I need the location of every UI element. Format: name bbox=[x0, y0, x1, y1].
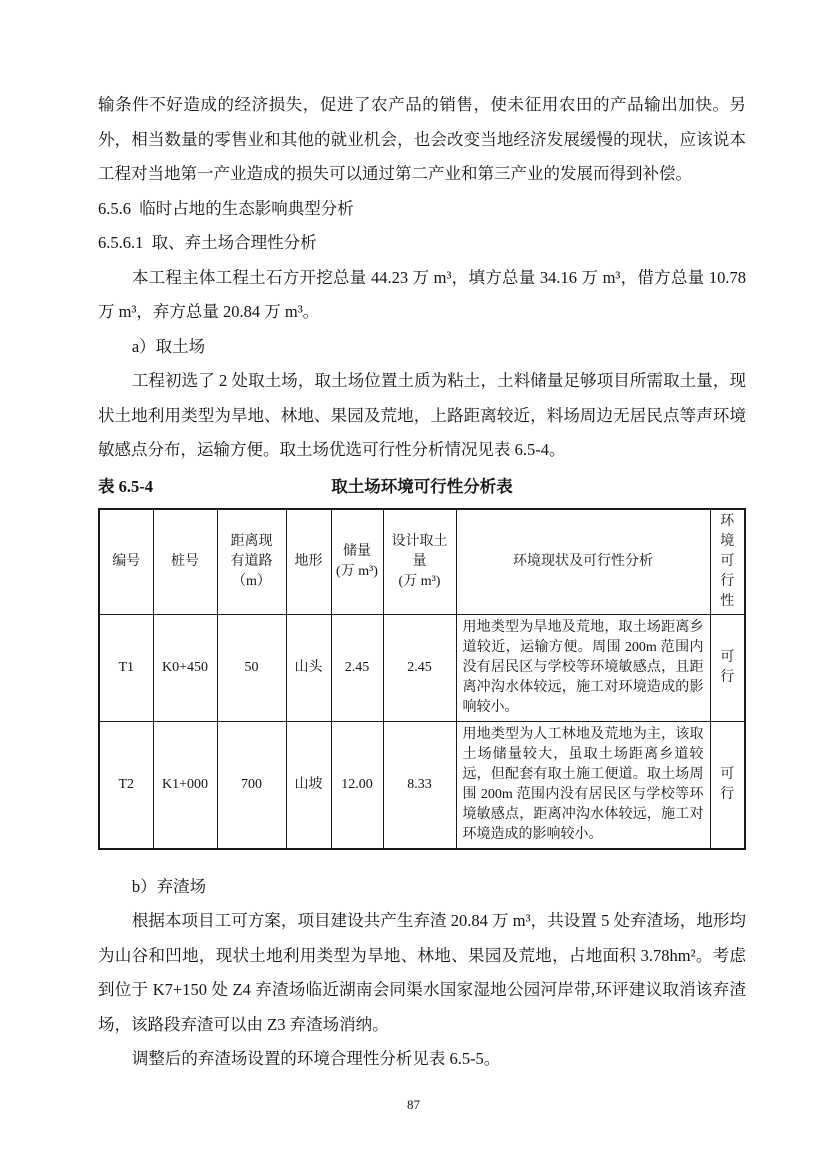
cell-design: 8.33 bbox=[383, 721, 456, 849]
cell-feasibility: 可 行 bbox=[710, 614, 745, 721]
col-header-stake: 桩号 bbox=[153, 509, 217, 615]
cell-analysis: 用地类型为旱地及荒地，取土场距离乡道较近，运输方便。周围 200m 范围内没有居… bbox=[456, 614, 710, 721]
col-header-feasibility: 环境 可行 性 bbox=[710, 509, 745, 615]
cell-feasibility: 可 行 bbox=[710, 721, 745, 849]
col-header-distance: 距离现 有道路 （m） bbox=[217, 509, 286, 615]
paragraph-spoil-sites: 根据本项目工可方案，项目建设共产生弃渣 20.84 万 m³，共设置 5 处弃渣… bbox=[98, 904, 746, 1042]
cell-distance: 50 bbox=[217, 614, 286, 721]
cell-terrain: 山头 bbox=[286, 614, 331, 721]
cell-design: 2.45 bbox=[383, 614, 456, 721]
table-header-row: 编号 桩号 距离现 有道路 （m） 地形 储量 (万 m³) 设计取土量 (万 … bbox=[99, 509, 745, 615]
table-title: 取土场环境可行性分析表 bbox=[98, 475, 746, 499]
paragraph-continuation: 输条件不好造成的经济损失，促进了农产品的销售，使未征用农田的产品输出加快。另外，… bbox=[98, 88, 746, 192]
col-header-terrain: 地形 bbox=[286, 509, 331, 615]
section-heading-6-5-6: 6.5.6 临时占地的生态影响典型分析 bbox=[98, 192, 746, 227]
col-header-analysis: 环境现状及可行性分析 bbox=[456, 509, 710, 615]
cell-distance: 700 bbox=[217, 721, 286, 849]
cell-reserve: 2.45 bbox=[331, 614, 383, 721]
cell-stake: K1+000 bbox=[153, 721, 217, 849]
cell-terrain: 山坡 bbox=[286, 721, 331, 849]
cell-id: T2 bbox=[99, 721, 153, 849]
cell-stake: K0+450 bbox=[153, 614, 217, 721]
table-caption: 表 6.5-4 取土场环境可行性分析表 bbox=[98, 475, 746, 499]
document-page: 输条件不好造成的经济损失，促进了农产品的销售，使未征用农田的产品输出加快。另外，… bbox=[0, 0, 827, 1169]
page-number: 87 bbox=[0, 1097, 827, 1113]
cell-reserve: 12.00 bbox=[331, 721, 383, 849]
table-row: T2 K1+000 700 山坡 12.00 8.33 用地类型为人工林地及荒地… bbox=[99, 721, 745, 849]
paragraph-spoil-adjustment: 调整后的弃渣场设置的环境合理性分析见表 6.5-5。 bbox=[98, 1042, 746, 1077]
subsection-a-heading: a）取土场 bbox=[98, 330, 746, 365]
subsection-b-heading: b）弃渣场 bbox=[98, 870, 746, 905]
cell-analysis: 用地类型为人工林地及荒地为主，该取土场储量较大，虽取土场距离乡道较远，但配套有取… bbox=[456, 721, 710, 849]
col-header-id: 编号 bbox=[99, 509, 153, 615]
table-row: T1 K0+450 50 山头 2.45 2.45 用地类型为旱地及荒地，取土场… bbox=[99, 614, 745, 721]
col-header-reserve: 储量 (万 m³) bbox=[331, 509, 383, 615]
paragraph-earthwork-volumes: 本工程主体工程土石方开挖总量 44.23 万 m³，填方总量 34.16 万 m… bbox=[98, 261, 746, 330]
borrow-site-feasibility-table: 编号 桩号 距离现 有道路 （m） 地形 储量 (万 m³) 设计取土量 (万 … bbox=[98, 508, 746, 850]
paragraph-borrow-sites: 工程初选了 2 处取土场，取土场位置土质为粘土，土料储量足够项目所需取土量，现状… bbox=[98, 364, 746, 468]
section-heading-6-5-6-1: 6.5.6.1 取、弃土场合理性分析 bbox=[98, 226, 746, 261]
cell-id: T1 bbox=[99, 614, 153, 721]
col-header-design: 设计取土量 (万 m³) bbox=[383, 509, 456, 615]
